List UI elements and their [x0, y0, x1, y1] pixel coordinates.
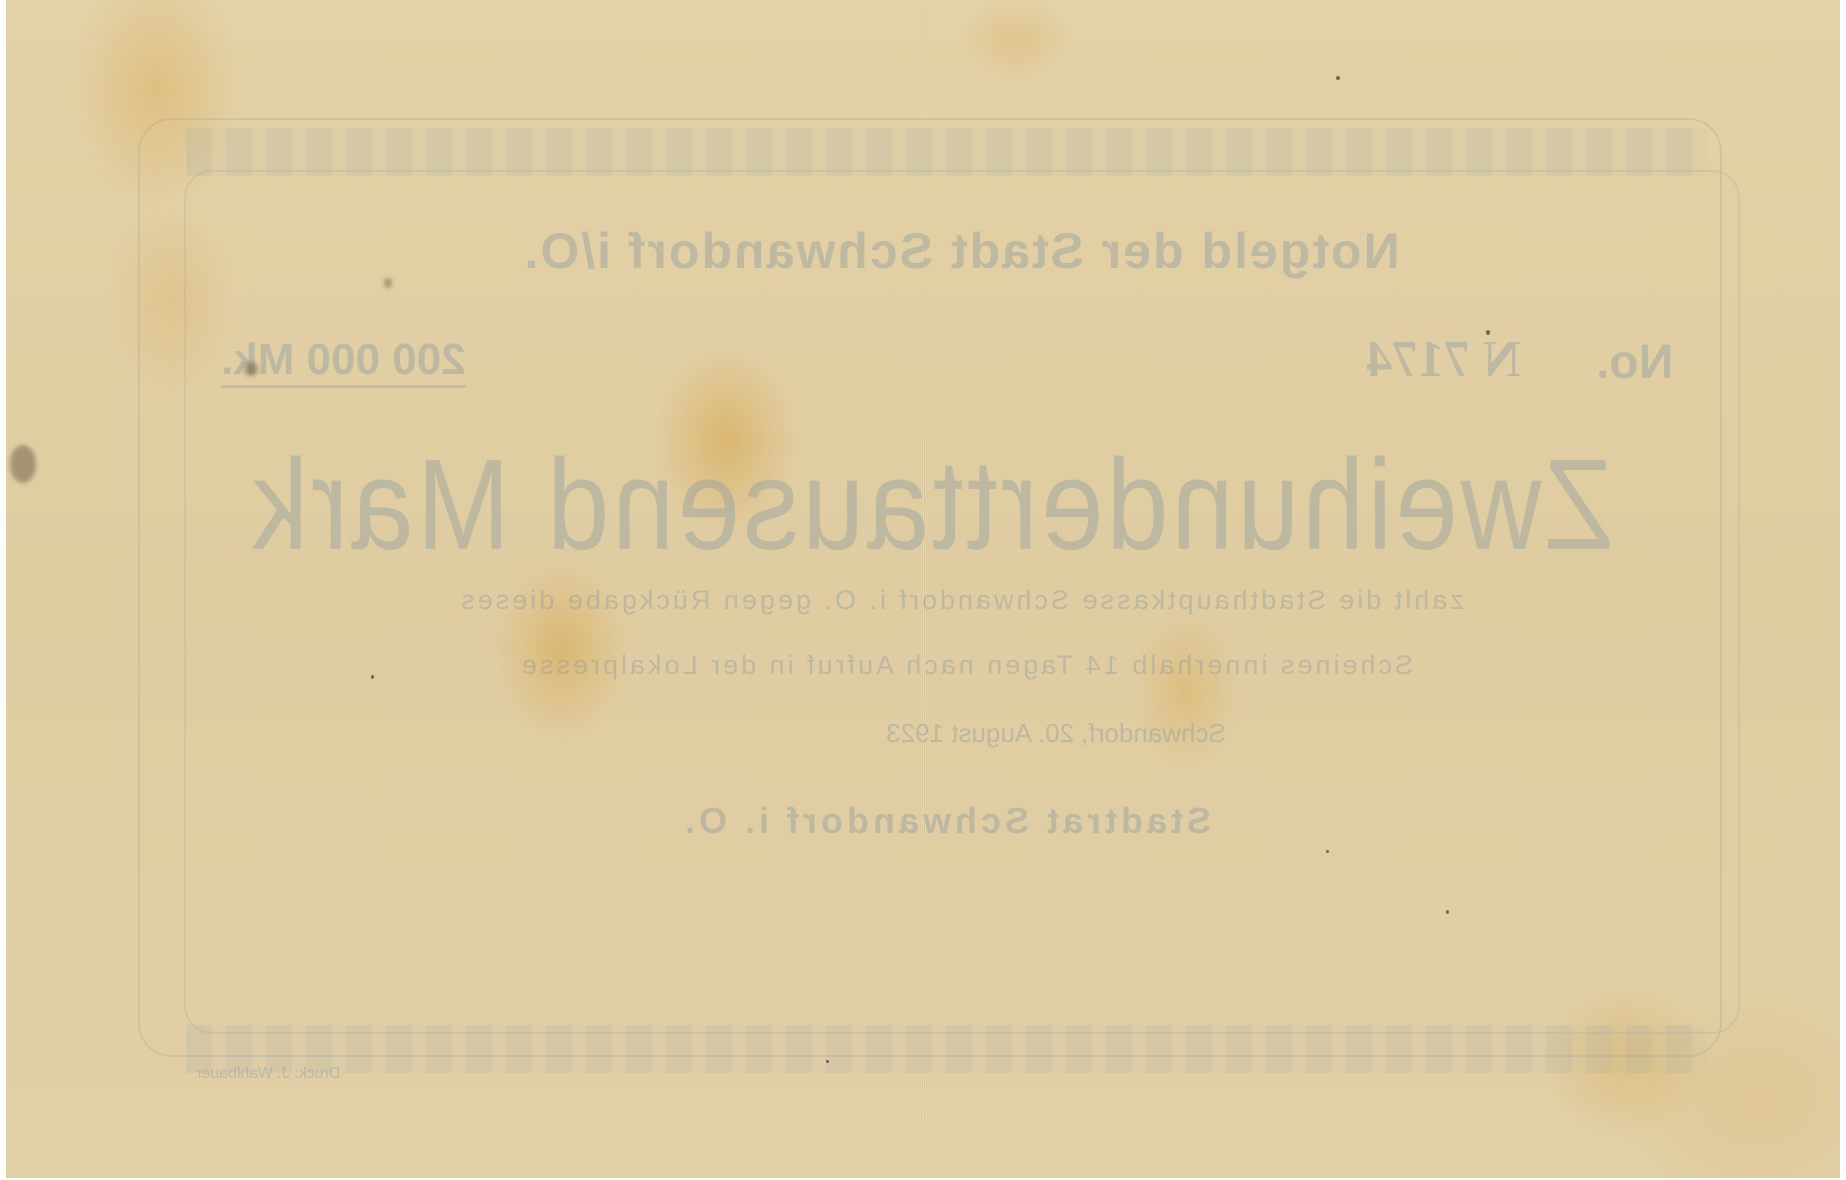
- ink-blot: [244, 362, 258, 376]
- paper-speck: [826, 1060, 829, 1063]
- ghost-serial-number: N 7174: [1366, 330, 1521, 389]
- paper-speck: [371, 675, 374, 679]
- ink-blot: [384, 278, 392, 288]
- paper-speck: [1446, 910, 1449, 914]
- ink-blot: [10, 445, 36, 483]
- ghost-date-line: Schwandorf, 20. August 1923: [706, 718, 1406, 749]
- banknote-paper: Notgeld der Stadt Schwandorf i/O. No. N …: [6, 0, 1840, 1178]
- ghost-body-line-1: zahlt die Stadthauptkasse Schwandorf i. …: [211, 585, 1711, 616]
- paper-speck: [1486, 330, 1490, 335]
- ghost-printer-note: Druck: J. Wahlbauer: [196, 1065, 340, 1083]
- ghost-amount: 200 000 Mk.: [221, 335, 466, 388]
- ghost-serial-prefix: No.: [1596, 335, 1673, 390]
- bottom-ornament-band: [186, 1025, 1706, 1073]
- ghost-denomination: Zweihunderttausend Mark: [231, 430, 1631, 578]
- ghost-title: Notgeld der Stadt Schwandorf i/O.: [386, 222, 1536, 280]
- paper-speck: [1326, 850, 1329, 853]
- top-ornament-band: [186, 128, 1706, 176]
- paper-speck: [1336, 76, 1340, 80]
- ghost-body-line-2: Scheines innerhalb 14 Tagen nach Aufruf …: [186, 650, 1746, 681]
- ghost-issuer: Stadtrat Schwandorf i. O.: [576, 800, 1316, 842]
